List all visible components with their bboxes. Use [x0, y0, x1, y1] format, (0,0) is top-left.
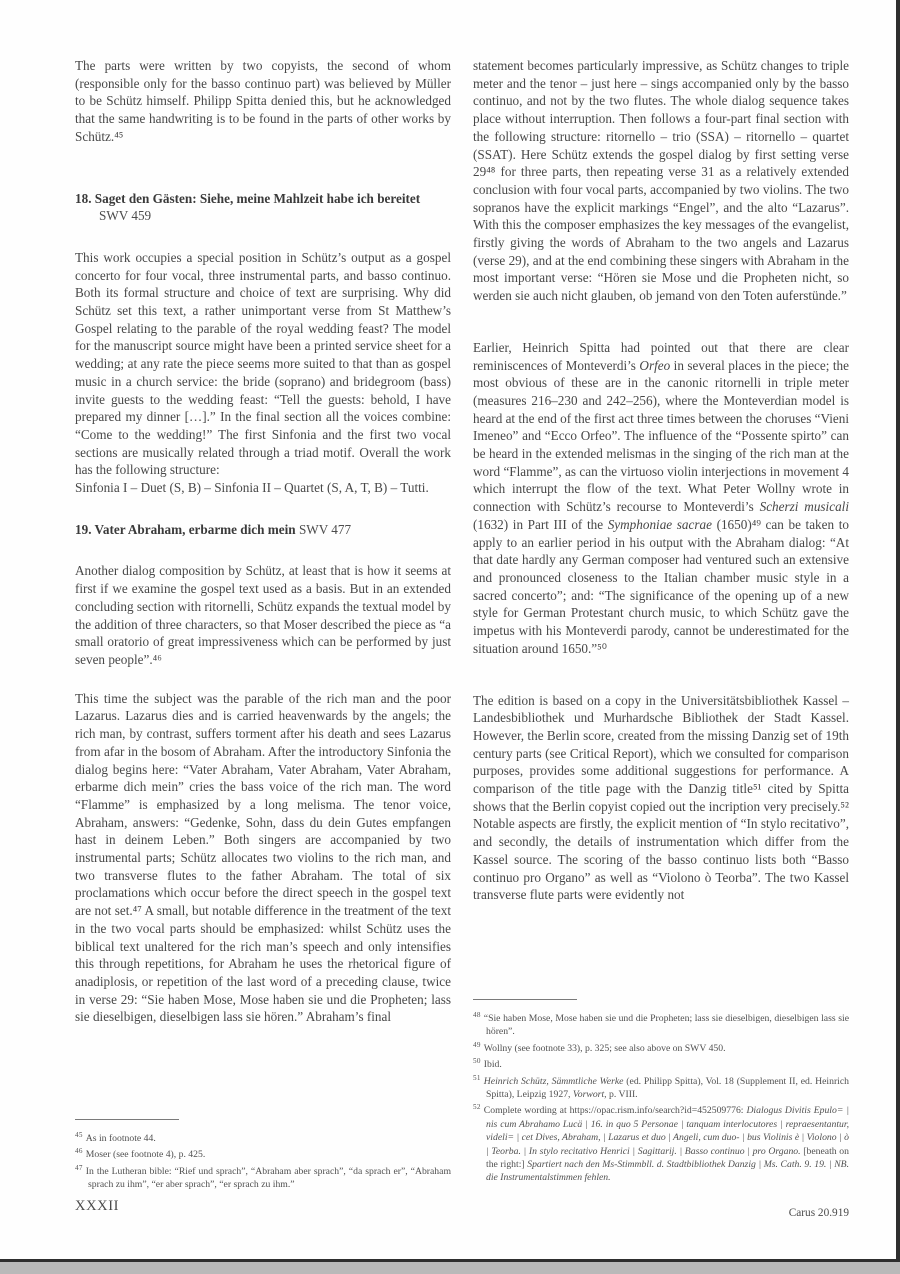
para-earlier-text: in several places in the piece; the most… — [473, 358, 849, 515]
footnote-number: 47 — [75, 1164, 83, 1172]
footnote-52: 52Complete wording at https://opac.rism.… — [473, 1101, 849, 1184]
heading-18-swv: SWV 459 — [99, 208, 151, 223]
footnote-text: Vorwort — [573, 1089, 604, 1100]
heading-19-swv: SWV 477 — [296, 522, 351, 537]
publisher-catalog-number: Carus 20.919 — [473, 1207, 849, 1219]
footnote-48: 48“Sie haben Mose, Mose haben sie und di… — [473, 1009, 849, 1039]
footnote-number: 46 — [75, 1147, 83, 1155]
footnote-text: Wollny (see footnote 33), p. 325; see al… — [484, 1043, 726, 1054]
para-copyists: The parts were written by two copyists, … — [75, 57, 451, 146]
footnote-text: In the Lutheran bible: “Rief und sprach”… — [86, 1166, 451, 1190]
right-footnotes: 48“Sie haben Mose, Mose haben sie und di… — [473, 999, 849, 1185]
section-heading-18: 18. Saget den Gästen: Siehe, meine Mahlz… — [75, 190, 451, 225]
heading-18-title: 18. Saget den Gästen: Siehe, meine Mahlz… — [75, 191, 420, 206]
footnote-text: Ibid. — [484, 1059, 502, 1070]
footnote-text: Moser (see footnote 4), p. 425. — [86, 1149, 205, 1160]
title-scherzi-musicali: Scherzi musicali — [760, 499, 849, 514]
para-statement: statement becomes particularly impressiv… — [473, 57, 849, 305]
para-another-dialog: Another dialog composition by Schütz, at… — [75, 562, 451, 668]
title-symphoniae-sacrae: Symphoniae sacrae — [608, 517, 712, 532]
left-footnotes: 45As in footnote 44. 46Moser (see footno… — [75, 1119, 451, 1192]
footnote-number: 48 — [473, 1011, 481, 1019]
para-work-description: This work occupies a special position in… — [75, 249, 451, 479]
para-earlier-text: (1650)⁴⁹ can be taken to apply to an ear… — [473, 517, 849, 656]
page-number: XXXII — [75, 1198, 119, 1215]
scan-background-strip — [0, 1262, 900, 1274]
scanned-page-content: The parts were written by two copyists, … — [0, 0, 900, 1262]
para-edition: The edition is based on a copy in the Un… — [473, 692, 849, 904]
footnote-text: As in footnote 44. — [86, 1133, 156, 1144]
footnote-number: 45 — [75, 1131, 83, 1139]
footnote-45: 45As in footnote 44. — [75, 1129, 451, 1145]
footnote-49: 49Wollny (see footnote 33), p. 325; see … — [473, 1039, 849, 1055]
footnote-text: Heinrich Schütz, Sämmtliche Werke — [484, 1076, 624, 1087]
scan-edge-right — [896, 0, 900, 1262]
footnote-number: 51 — [473, 1074, 481, 1082]
para-earlier: Earlier, Heinrich Spitta had pointed out… — [473, 339, 849, 658]
footnote-text: “Sie haben Mose, Mose haben sie und die … — [484, 1013, 849, 1037]
section-heading-19: 19. Vater Abraham, erbarme dich mein SWV… — [75, 521, 451, 539]
footnote-46: 46Moser (see footnote 4), p. 425. — [75, 1145, 451, 1161]
footnote-51: 51Heinrich Schütz, Sämmtliche Werke (ed.… — [473, 1072, 849, 1102]
work-structure-line: Sinfonia I – Duet (S, B) – Sinfonia II –… — [75, 479, 451, 497]
footnote-number: 52 — [473, 1103, 481, 1111]
footnote-text: Spartiert nach den Ms-Stimmbll. d. Stadt… — [486, 1159, 849, 1183]
title-orfeo: Orfeo — [639, 358, 670, 373]
footnote-47: 47In the Lutheran bible: “Rief und sprac… — [75, 1162, 451, 1192]
footnote-50: 50Ibid. — [473, 1055, 849, 1071]
footnote-number: 49 — [473, 1041, 481, 1049]
left-column: The parts were written by two copyists, … — [75, 57, 451, 1026]
footnote-separator — [473, 999, 577, 1000]
footnote-separator — [75, 1119, 179, 1120]
heading-19-title: 19. Vater Abraham, erbarme dich mein — [75, 522, 296, 537]
document-page: The parts were written by two copyists, … — [0, 0, 900, 1274]
footnote-text: , p. VIII. — [604, 1089, 637, 1100]
footnote-text: Complete wording at https://opac.rism.in… — [484, 1105, 747, 1116]
footnote-number: 50 — [473, 1057, 481, 1065]
right-column: statement becomes particularly impressiv… — [473, 57, 849, 904]
para-earlier-text: (1632) in Part III of the — [473, 517, 608, 532]
para-this-time: This time the subject was the parable of… — [75, 690, 451, 1026]
